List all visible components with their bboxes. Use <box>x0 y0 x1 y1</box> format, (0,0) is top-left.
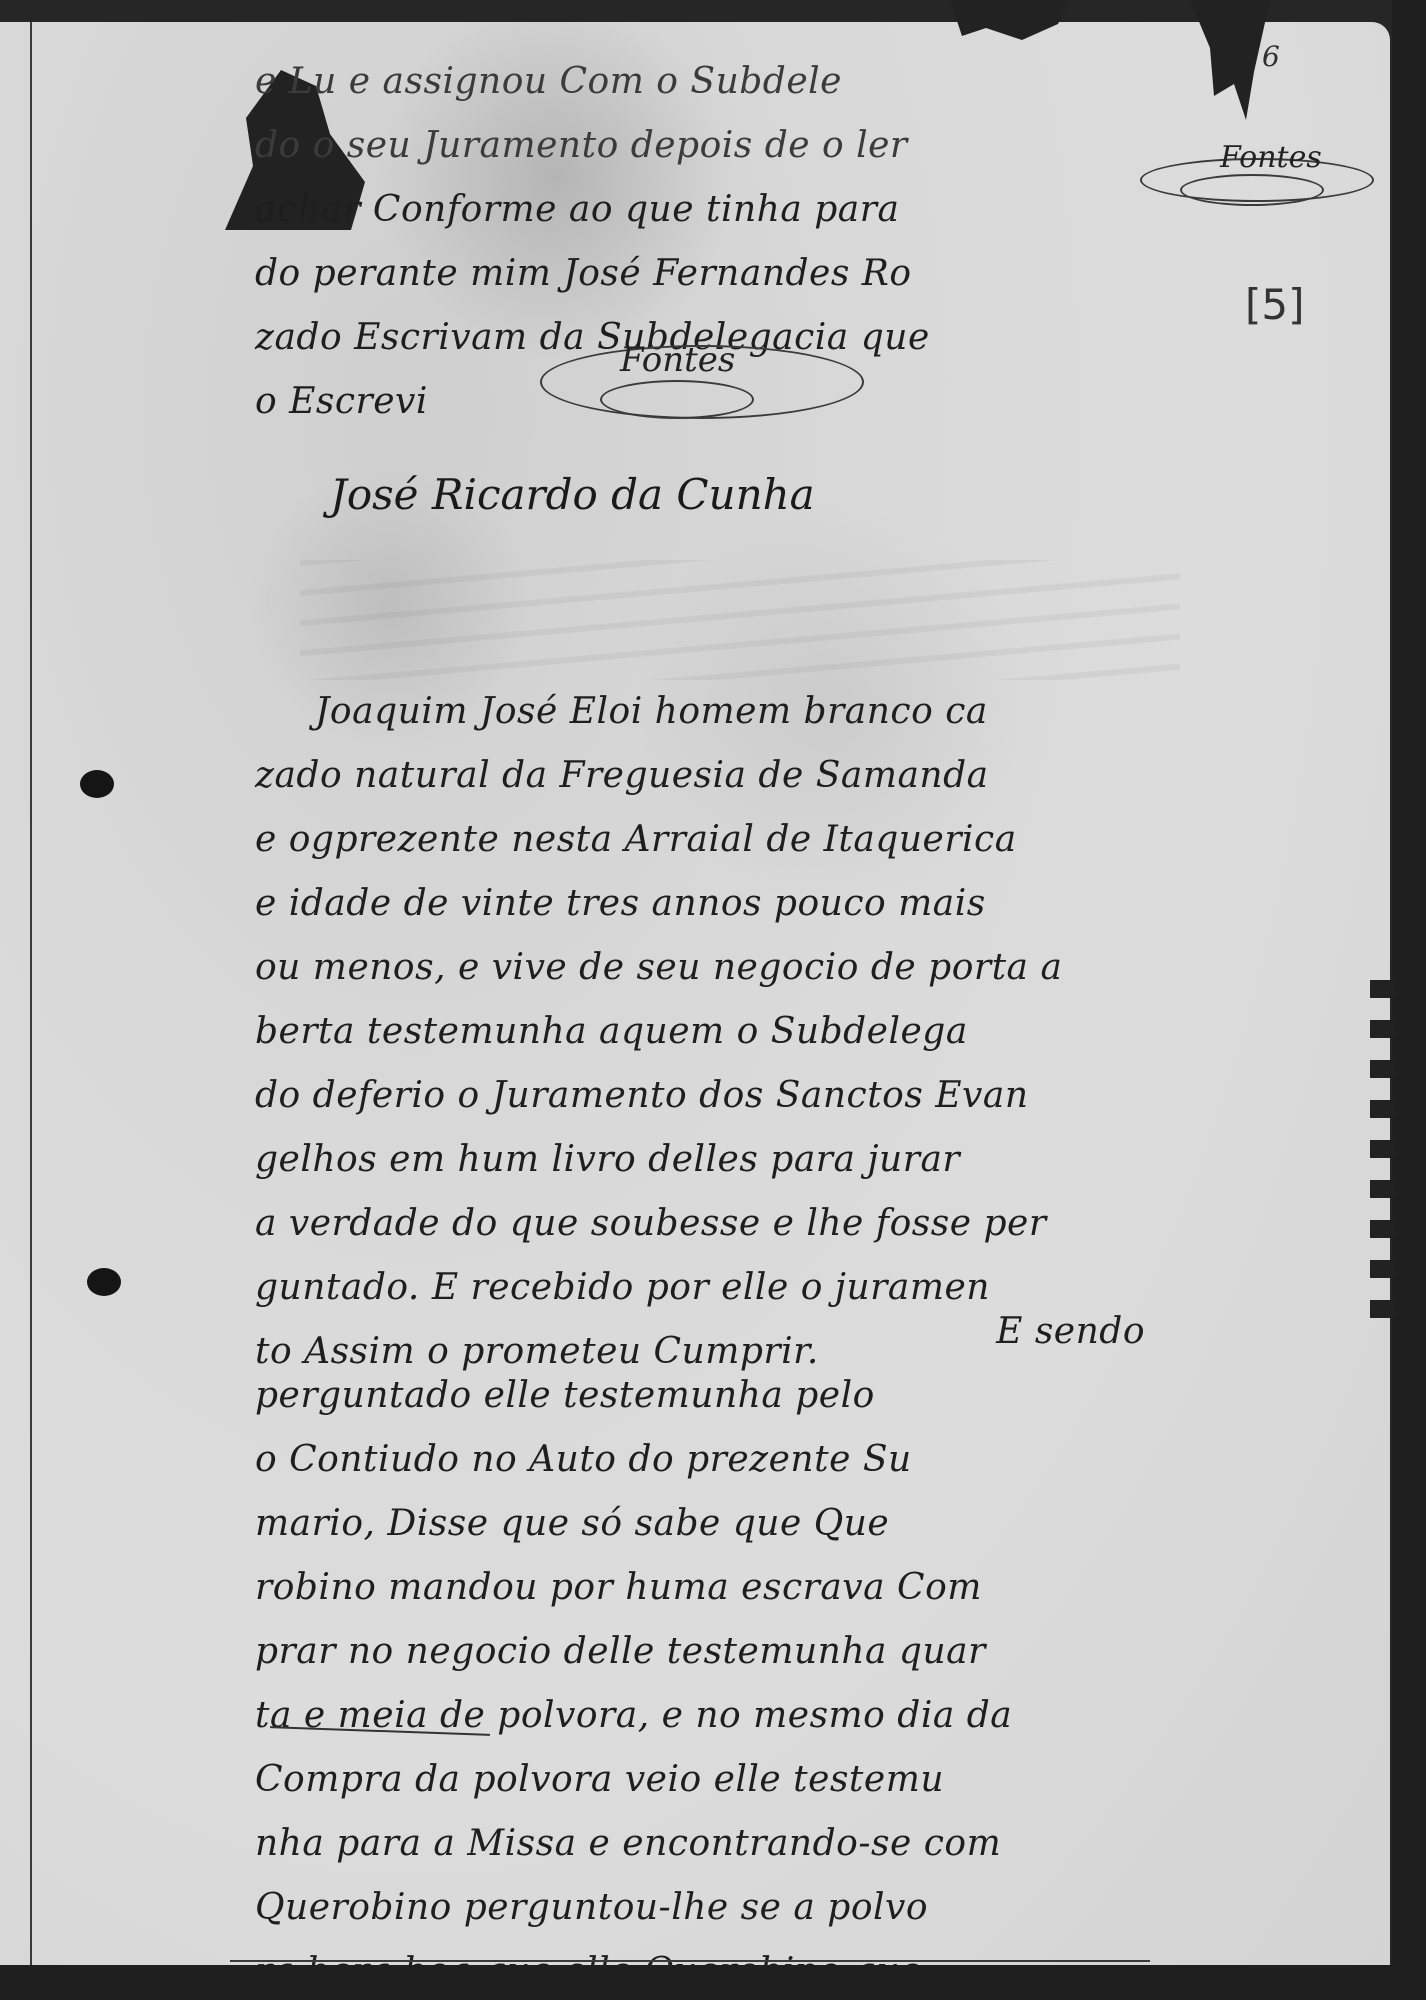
testimony-line: o Contiudo no Auto do prezente Su <box>255 1428 1175 1492</box>
testimony-line: berta testemunha aquem o Subdelega <box>255 1000 1175 1064</box>
paper-damage-right-edge <box>1370 980 1395 1320</box>
scanner-edge-bottom <box>0 1965 1426 2000</box>
testimony-line: e ogprezente nesta Arraial de Itaquerica <box>255 808 1175 872</box>
testimony-paragraph-2: E sendo perguntado elle testemunha pelo … <box>255 1300 1175 2000</box>
closing-line: do perante mim José Fernandes Ro <box>255 242 1175 306</box>
bleed-through-text <box>300 560 1180 680</box>
testimony-line: Joaquim José Eloi homem branco ca <box>255 680 1175 744</box>
testimony-line: ta e meia de polvora, e no mesmo dia da <box>255 1684 1175 1748</box>
margin-signature-text: Fontes <box>1220 140 1322 175</box>
signature-flourish-loop <box>1180 174 1324 206</box>
scanner-edge-right <box>1392 0 1426 2000</box>
testimony-line: prar no negocio delle testemunha quar <box>255 1620 1175 1684</box>
scribe-signature: Fontes <box>540 335 870 425</box>
testimony-line: gelhos em hum livro delles para jurar <box>255 1128 1175 1192</box>
testimony-line: zado natural da Freguesia de Samanda <box>255 744 1175 808</box>
punch-hole-lower <box>87 1268 121 1296</box>
closing-line: do o seu Juramento depois de o ler <box>255 114 1175 178</box>
closing-line: e Lu e assignou Com o Subdele <box>255 50 1175 114</box>
scribe-signature-text: Fontes <box>620 340 735 380</box>
binding-fold-line <box>30 22 32 1972</box>
testimony-lead-phrase: E sendo <box>255 1300 1175 1364</box>
page-end-flourish <box>230 1920 1150 1962</box>
testimony-line: ou menos, e vive de seu negocio de porta… <box>255 936 1175 1000</box>
testimony-line: nha para a Missa e encontrando-se com <box>255 1812 1175 1876</box>
closing-line: achar Conforme ao que tinha para <box>255 178 1175 242</box>
testimony-line: do deferio o Juramento dos Sanctos Evan <box>255 1064 1175 1128</box>
punch-hole-upper <box>80 770 114 798</box>
testimony-line: Compra da polvora veio elle testemu <box>255 1748 1175 1812</box>
testimony-paragraph-1: Joaquim José Eloi homem branco ca zado n… <box>255 680 1175 1384</box>
testimony-line: perguntado elle testemunha pelo <box>255 1364 1175 1428</box>
signature-flourish-loop <box>600 380 754 419</box>
testimony-line: e idade de vinte tres annos pouco mais <box>255 872 1175 936</box>
testimony-line: robino mandou por huma escrava Com <box>255 1556 1175 1620</box>
testimony-line: a verdade do que soubesse e lhe fosse pe… <box>255 1192 1175 1256</box>
testimony-line: mario, Disse que só sabe que Que <box>255 1492 1175 1556</box>
folio-number: 6 <box>1262 40 1280 73</box>
witness-signature: José Ricardo da Cunha <box>330 470 815 519</box>
bracketed-page-number: [5] <box>1245 280 1305 329</box>
margin-signature: Fontes <box>1140 140 1380 220</box>
